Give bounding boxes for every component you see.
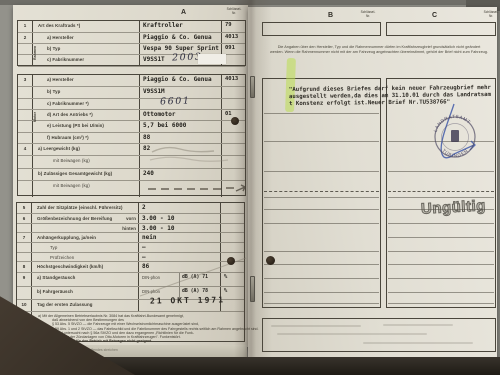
handwritten-dashes	[148, 188, 234, 189]
pencil-scribble	[152, 148, 214, 152]
staple	[250, 76, 255, 98]
svg-text:TÜBINGEN: TÜBINGEN	[441, 148, 469, 158]
round-official-stamp: LANDRATSAMT TÜBINGEN	[428, 110, 482, 164]
pencil-marks	[0, 0, 500, 375]
ungueltig-stamp: Ungültig	[421, 197, 487, 217]
punch-hole	[227, 257, 235, 265]
svg-text:LANDRATSAMT: LANDRATSAMT	[433, 114, 472, 133]
punch-hole	[231, 117, 239, 125]
pencil-arrow	[236, 185, 245, 191]
punch-hole	[266, 256, 275, 265]
dark-table-surface	[0, 357, 500, 375]
pencil-scribble	[150, 157, 228, 161]
stamp-text-top: LANDRATSAMT	[433, 114, 472, 133]
staple	[250, 276, 255, 302]
vehicle-registration-book-photo: A Schlüssel- Nr. 1 Art des Kraftrads *) …	[0, 0, 500, 375]
stamp-crest	[451, 130, 459, 142]
stamp-text-bottom: TÜBINGEN	[441, 148, 469, 158]
